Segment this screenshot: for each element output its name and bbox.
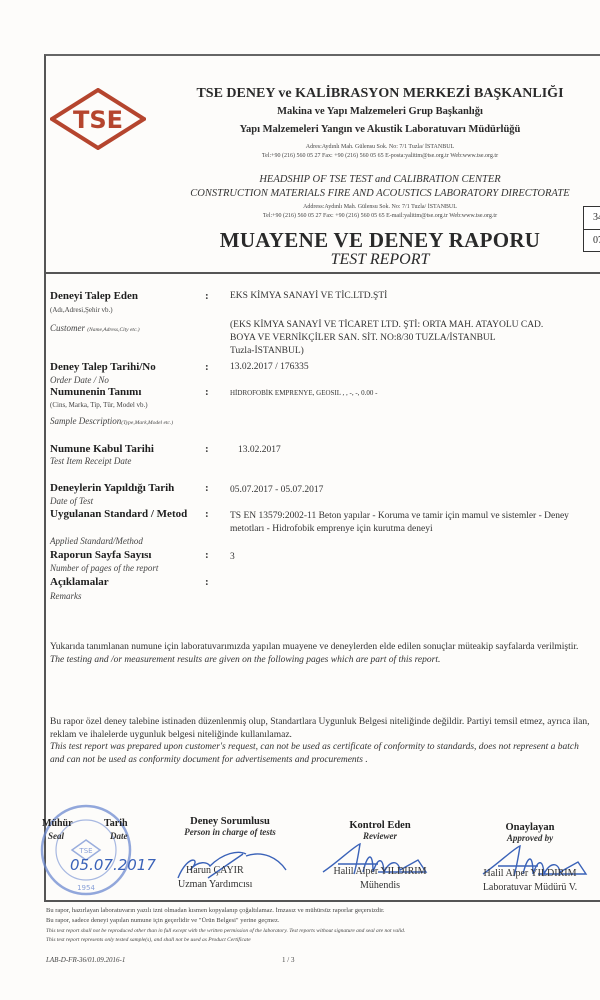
standard-value-line2: metotları - Hidrofobik emprenye için kur… [230,524,433,534]
sample-label: Numunenin Tanımı [50,386,141,398]
approver-role: Approved by [470,833,590,843]
customer-sub-label: (Adı,Adresi,Şehir vb.) [50,306,113,314]
receipt-label-en: Test Item Receipt Date [50,456,131,466]
customer-address-line2: BOYA VE VERNİKÇİLER SAN. SİT. NO:8/30 TU… [230,333,496,343]
lab-title-en: CONSTRUCTION MATERIALS FIRE AND ACOUSTIC… [160,188,600,199]
report-title: MUAYENE VE DENEY RAPORU [160,228,600,253]
header-divider [44,272,600,274]
order-value: 13.02.2017 / 176335 [230,362,309,372]
tester-title: Uzman Yardımcısı [178,879,252,890]
test-date-label: Deneylerin Yapıldığı Tarih [50,482,174,494]
org-title-tr: TSE DENEY ve KALİBRASYON MERKEZİ BAŞKANL… [160,86,600,102]
approver-signature-block: Onaylayan Approved by [470,822,590,843]
svg-text:TSE: TSE [78,847,92,855]
svg-text:TSE: TSE [73,106,123,134]
disclaimer-tr: Bu rapor özel deney talebine istinaden d… [50,716,595,741]
sample-value: HİDROFOBİK EMPRENYE, GEOSIL , , -, -, 0.… [230,389,378,397]
official-seal-icon: TSE 1954 [36,800,148,900]
results-statement-en: The testing and /or measurement results … [50,655,440,665]
customer-label-en: Customer (Name,Adress,City etc.) [50,323,140,333]
report-reference-box: 3494 07-1 [583,206,600,252]
customer-value: EKS KİMYA SANAYİ VE TİC.LTD.ŞTİ [230,291,387,301]
pages-label: Raporun Sayfa Sayısı [50,549,151,561]
receipt-label: Numune Kabul Tarihi [50,443,154,455]
colon: : [205,290,209,302]
customer-label: Deneyi Talep Eden [50,290,138,302]
report-number: 3494 [584,207,600,229]
order-label: Deney Talep Tarihi/No [50,361,156,373]
customer-address-line3: Tuzla-İSTANBUL) [230,346,304,356]
reviewer-signature-block: Kontrol Eden Reviewer [320,820,440,841]
footer-line3: This test report shall not be reproduced… [46,928,405,934]
seal-date-label-en: Date [110,831,128,841]
order-label-en: Order Date / No [50,375,109,385]
standard-value-line1: TS EN 13579:2002-11 Beton yapılar - Koru… [230,511,569,521]
colon: : [205,549,209,561]
test-date-value: 05.07.2017 - 05.07.2017 [230,485,323,495]
lab-title-tr: Yapı Malzemeleri Yangın ve Akustik Labor… [160,124,600,135]
tester-name: Harun ÇAYIR [186,865,244,876]
remarks-label: Açıklamalar [50,576,109,588]
tester-signature-block: Deney Sorumlusu Person in charge of test… [160,816,300,837]
reviewer-name: Halil Alper YILDIRIM [310,866,450,877]
test-date-label-en: Date of Test [50,496,93,506]
page-indicator: 1 / 3 [282,956,294,964]
org-title-en: HEADSHIP OF TSE TEST and CALIBRATION CEN… [160,174,600,185]
form-code: LAB-D-FR-36/01.09.2016-1 [46,956,125,964]
reviewer-role: Reviewer [320,831,440,841]
footer-line2: Bu rapor, sadece deneyi yapılan numune i… [46,917,280,924]
customer-address-line1: (EKS KİMYA SANAYİ VE TİCARET LTD. ŞTİ: O… [230,320,543,330]
seal-label-en: Seal [48,831,64,841]
group-title-tr: Makina ve Yapı Malzemeleri Grup Başkanlı… [160,106,600,117]
receipt-value: 13.02.2017 [238,445,281,455]
approver-title: Laboratuvar Müdürü V. [460,882,600,893]
contact-tr: Tel:+90 (216) 560 05 27 Fax: +90 (216) 5… [160,153,600,159]
sample-label-en: Sample Description(Type,Mark,Model etc.) [50,416,173,426]
colon: : [205,482,209,494]
seal-label: Mühür [42,818,73,829]
tester-head: Deney Sorumlusu [160,816,300,827]
seal-date-value: 05.07.2017 [70,856,156,874]
colon: : [205,361,209,373]
colon: : [205,386,209,398]
footer-line4: This test report represents only tested … [46,937,251,943]
colon: : [205,443,209,455]
pages-label-en: Number of pages of the report [50,563,158,573]
svg-text:1954: 1954 [77,884,95,892]
results-statement: Yukarıda tanımlanan numune için laboratu… [50,641,595,666]
approver-head: Onaylayan [470,822,590,833]
colon: : [205,576,209,588]
reviewer-title: Mühendis [310,880,450,891]
standard-label-en: Applied Standard/Method [50,536,143,546]
disclaimer-statement: Bu rapor özel deney talebine istinaden d… [50,716,595,766]
results-statement-tr: Yukarıda tanımlanan numune için laboratu… [50,641,595,654]
reviewer-head: Kontrol Eden [320,820,440,831]
disclaimer-en: This test report was prepared upon custo… [50,742,579,765]
address-tr: Adres:Aydınlı Mah. Gülensu Sok. No: 7/1 … [160,144,600,150]
report-subtitle: TEST REPORT [160,251,600,269]
contact-en: Tel:+90 (216) 560 05 27 Fax: +90 (216) 5… [160,213,600,219]
report-date: 07-1 [584,229,600,252]
colon: : [205,508,209,520]
footer-line1: Bu rapor, hazırlayan laboratuvarın yazıl… [46,907,385,914]
seal-date-label: Tarih [104,818,128,829]
pages-value: 3 [230,552,235,562]
remarks-label-en: Remarks [50,591,82,601]
sample-sub-label: (Cins, Marka, Tip, Tür, Model vb.) [50,401,148,409]
approver-name: Halil Alper YILDIRIM [460,868,600,879]
tester-role: Person in charge of tests [160,827,300,837]
tse-logo-icon: TSE [50,88,146,150]
standard-label: Uygulanan Standard / Metod [50,508,187,520]
address-en: Address:Aydınlı Mah. Gülensu Sok. No: 7/… [160,204,600,210]
